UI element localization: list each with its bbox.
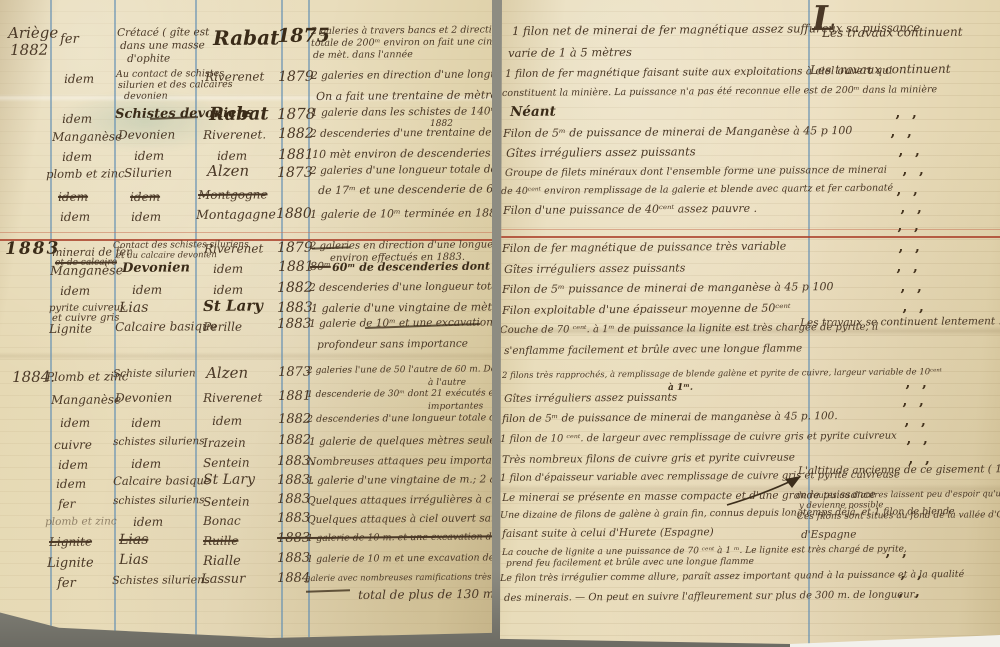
remark-line: Les travaux continuent [810,63,951,76]
commune: Riverenet [205,70,264,83]
substance: fer [58,498,75,510]
commune: Montgogne [198,188,268,201]
note-line: Gîtes irréguliers assez puissants [506,146,696,159]
terrain: Schistes siluriens [112,574,210,586]
commune: idem [213,263,243,275]
ditto-mark: ’ ’ [902,400,927,418]
commune: Sentein [203,496,250,508]
terrain: idem [131,211,161,223]
substance: idem [64,73,94,85]
commune: Rabat [209,105,269,124]
ditto-mark: ’ ’ [900,207,925,225]
substance: idem [60,417,90,429]
terrain: Devonien [118,129,175,141]
note-line: de 40ᶜᵉⁿᵗ environ remplissage de la gale… [501,184,893,197]
terrain: Devonien [115,392,172,404]
ditto-mark: ’ ’ [906,438,931,456]
annee: 1879 [277,241,313,255]
annee: 1881 [278,260,314,274]
terrain: schistes siluriens [113,436,205,447]
terrain: schistes siluriens [113,495,205,506]
terrain: et du calcaire devonien [116,251,217,260]
note-line: Filon de 5ᵐ puissance de minerai de mang… [502,281,833,295]
terrain: Devonien [122,261,190,275]
commune: Alzen [206,366,248,381]
commune: Riverenet [204,242,263,255]
substance: idem [60,211,90,223]
remark-line: d'Espagne [801,530,856,541]
note-line: La couche de lignite a une puissance de … [502,545,907,558]
commune: Sentein [203,457,250,469]
annee: 1882 [278,127,314,141]
travaux-line: de mèt. dans l'année [313,50,413,60]
note-line: Le filon très irrégulier comme allure, p… [500,570,964,584]
travaux-line: 10 mèt environ de descenderies [312,147,491,160]
note-line: Très nombreux filons de cuivre gris et p… [502,452,795,465]
substance: plomb et zinc [45,516,117,527]
commune: Rabat [213,27,279,48]
document-spread: Ariège 1882 1883 1884. fer Crétacé ( gît… [0,0,1000,647]
substance: plomb et zinc [46,168,125,180]
annee: 1883 [277,493,310,506]
terrain: Calcaire basique [115,320,217,333]
travaux-line: importantes [428,403,483,412]
substance: idem [58,191,88,203]
ditto-mark: ’ ’ [898,150,923,168]
commune: Ruille [203,535,238,547]
terrain: Lias [119,553,148,567]
note-line: constituent la minière. La puissance n'a… [502,85,937,98]
note-line: Filon exploitable d'une épaisseur moyenn… [502,302,791,316]
commune: Perille [203,321,242,333]
ditto-mark: ’ ’ [904,420,929,438]
terrain: idem [134,150,164,162]
travaux-line: Nombreuses attaques peu importantes [307,455,514,467]
ditto-mark: ’ ’ [897,225,922,243]
travaux-line: 1 galerie de 10ᵐ terminée en 1882. [310,207,507,220]
ditto-mark: ’ ’ [896,266,921,284]
commune: Irazein [203,437,246,449]
note-line: Néant [510,106,556,120]
note-line: Filon d'une puissance de 40ᶜᵉⁿᵗ assez pa… [503,203,757,216]
terrain: Lias [119,533,148,547]
travaux-line: profondeur sans importance [317,339,468,351]
substance: idem [60,285,90,297]
terrain: idem [130,191,160,203]
remark-line: Les travaux continuent [822,26,963,39]
region-label: Ariège [8,26,58,41]
substance: cuivre [54,439,92,451]
ditto-mark: ’ ’ [902,169,927,187]
page-right: 1 filon net de minerai de fer magnétique… [500,0,1000,644]
annee: 1881 [278,148,314,162]
terrain: Calcaire basique [113,475,211,487]
commune: idem [217,150,247,162]
ditto-mark: ’ ’ [900,573,925,591]
annee: 1883 [277,532,310,545]
commune: St Lary [203,298,263,314]
note-line: s'enflamme facilement et brûle avec une … [504,343,802,356]
note-line: varie de 1 à 5 mètres [508,47,632,60]
commune: Bonac [203,515,241,527]
commune: Rialle [203,555,241,568]
remark-line: Les travaux se continuent lentement . [800,316,1000,328]
annee: 1883 [277,301,313,315]
substance: idem [58,459,88,471]
ditto-mark: ’ ’ [885,551,910,569]
substance: idem [62,113,92,125]
note-line: faisant suite à celui d'Hurete (Espagne) [502,527,714,539]
commune: Montagagne [196,208,276,221]
ditto-mark: ’ ’ [900,286,925,304]
terrain: idem [133,516,163,528]
terrain: devonien [124,92,168,102]
annee: 1878 [277,107,315,122]
substance: Lignite [49,536,92,548]
commune: Riverenet [203,391,262,404]
note-line: Gîtes irréguliers assez puissants [504,392,677,404]
note-line: filon de 5ᵐ de puissance de minerai de m… [502,411,838,424]
section-rule-red [500,229,1000,238]
commune: St Lary [203,473,255,487]
note-line: 1 filon de 10 ᶜᵉⁿᵗ. de largeur avec remp… [500,432,897,445]
substance: Lignite [49,323,92,335]
annee: 1880 [276,207,312,221]
terrain: Schiste silurien [113,368,196,379]
note-line: Gîtes irréguliers assez puissants [504,262,685,275]
note-line: prend feu facilement et brûle avec une l… [506,558,754,569]
terrain: d'ophite [127,54,170,65]
annee: 1883 [277,552,310,565]
terrain: idem [131,417,161,429]
remark-line: de routes ou d'autres laissent peu d'esp… [796,489,1000,500]
terrain: idem [131,458,161,470]
commune: Lassur [201,573,245,586]
terrain: idem [132,284,162,296]
travaux-struck: 80ᵐ [310,261,331,272]
commune: Alzen [207,164,249,179]
travaux-line: 1 galerie d'une vingtaine de mèt. [311,301,496,314]
ditto-mark: ’ ’ [898,246,923,264]
scratch-mark [306,589,350,593]
note-line: Filon de fer magnétique de puissance trè… [502,241,786,254]
ditto-mark: ’ ’ [905,382,930,400]
substance: Manganèse [51,393,121,406]
annee: 1883 [277,512,310,525]
commune: idem [212,415,242,427]
note-line: 2 filons très rapprochés, à remplissage … [502,368,942,380]
terrain: Silurien [124,167,172,179]
fold-crease [0,352,492,360]
terrain: dans une masse [120,40,205,51]
remark-line: Ces filons sont situés au fond de la val… [797,510,1000,522]
ditto-mark: ’ ’ [890,131,915,149]
substance: fer [57,577,76,590]
substance: Manganèse [52,130,122,143]
ditto-mark: ’ ’ [895,112,920,130]
substance: Lignite [47,557,94,570]
commune: idem [213,284,243,296]
substance: idem [62,151,92,163]
annee: 1879 [278,70,314,84]
substance: Manganèse [50,264,123,277]
year-1882-label: 1882 [10,43,48,58]
terrain: Crétacé ( gîte est [117,27,209,38]
note-line: des minerais. — On peut en suivre l'affl… [504,590,917,604]
travaux-line: 1 galerie de quelques mètres seulement [309,435,523,447]
note-line: Groupe de filets minéraux dont l'ensembl… [505,166,887,179]
note-line: Filon de 5ᵐ de puissance de minerai de M… [503,125,852,139]
substance: idem [56,478,86,490]
commune: Riverenet. [203,128,266,141]
terrain: Lias [119,301,148,315]
annee: 1882 [277,281,313,295]
annee: 1873 [277,166,313,180]
annee: 1883 [277,318,311,332]
page-left: Ariège 1882 1883 1884. fer Crétacé ( gît… [0,0,492,638]
ditto-mark: ’ ’ [898,591,923,609]
ditto-mark: ’ ’ [896,189,921,207]
remark-line: L'altitude ancienne de ce gisement ( 180… [798,463,1000,476]
travaux-line: à l'autre [428,379,466,388]
substance: fer [60,33,79,46]
annee: 1882 [278,434,311,447]
remark-line: y devienne possible [799,501,883,510]
